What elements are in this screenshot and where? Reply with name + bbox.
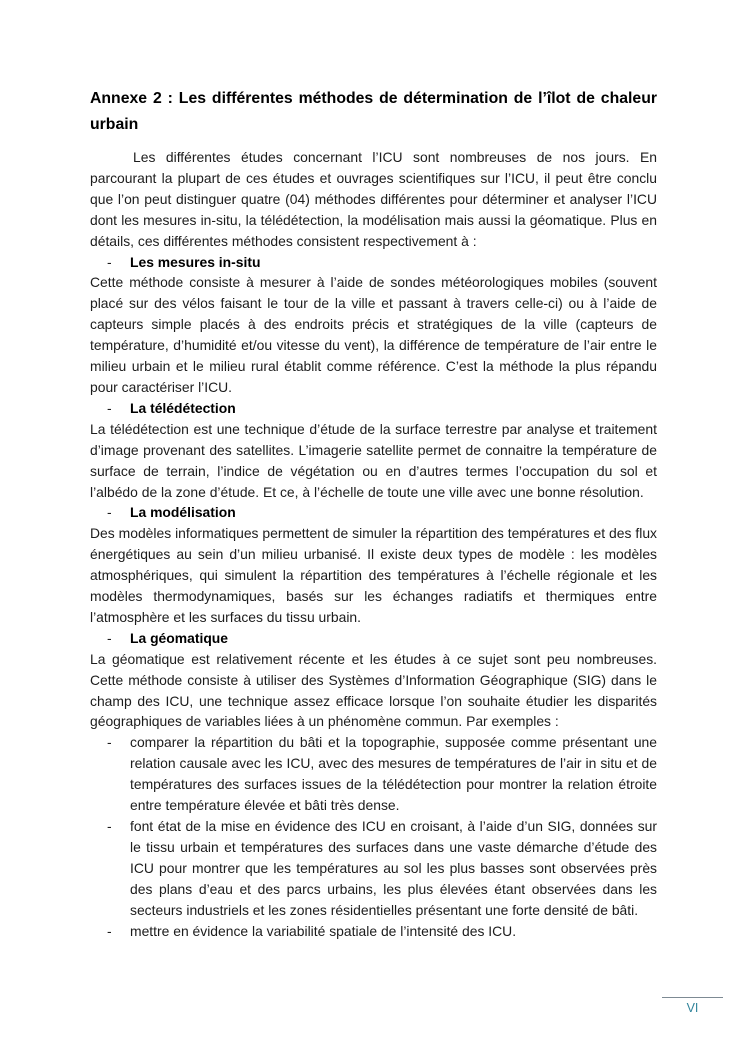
example-item-3: - mettre en évidence la variabilité spat…	[90, 921, 657, 942]
bullet-dash: -	[107, 398, 130, 419]
page-footer: VI	[662, 997, 723, 1017]
example-item-2: - font état de la mise en évidence des I…	[90, 816, 657, 921]
method-heading-label: La géomatique	[130, 628, 657, 649]
method-body-geomatique: La géomatique est relativement récente e…	[90, 649, 657, 733]
example-text: mettre en évidence la variabilité spatia…	[130, 921, 657, 942]
bullet-dash: -	[107, 816, 130, 921]
bullet-dash: -	[107, 628, 130, 649]
page-content: Annexe 2 : Les différentes méthodes de d…	[90, 86, 657, 941]
bullet-dash: -	[107, 732, 130, 816]
method-heading-label: La télédétection	[130, 398, 657, 419]
example-text: font état de la mise en évidence des ICU…	[130, 816, 657, 921]
method-body-modelisation: Des modèles informatiques permettent de …	[90, 523, 657, 628]
page-number: VI	[687, 998, 699, 1016]
method-heading-mesures-in-situ: - Les mesures in-situ	[90, 252, 657, 273]
method-heading-modelisation: - La modélisation	[90, 502, 657, 523]
example-text: comparer la répartition du bâti et la to…	[130, 732, 657, 816]
method-heading-geomatique: - La géomatique	[90, 628, 657, 649]
bullet-dash: -	[107, 921, 130, 942]
document-page: Annexe 2 : Les différentes méthodes de d…	[0, 0, 745, 1053]
bullet-dash: -	[107, 252, 130, 273]
method-heading-teledetection: - La télédétection	[90, 398, 657, 419]
method-heading-label: La modélisation	[130, 502, 657, 523]
method-heading-label: Les mesures in-situ	[130, 252, 657, 273]
example-item-1: - comparer la répartition du bâti et la …	[90, 732, 657, 816]
bullet-dash: -	[107, 502, 130, 523]
method-body-teledetection: La télédétection est une technique d’étu…	[90, 419, 657, 503]
intro-paragraph: Les différentes études concernant l’ICU …	[90, 147, 657, 252]
page-title: Annexe 2 : Les différentes méthodes de d…	[90, 86, 657, 138]
method-body-mesures-in-situ: Cette méthode consiste à mesurer à l’aid…	[90, 272, 657, 397]
